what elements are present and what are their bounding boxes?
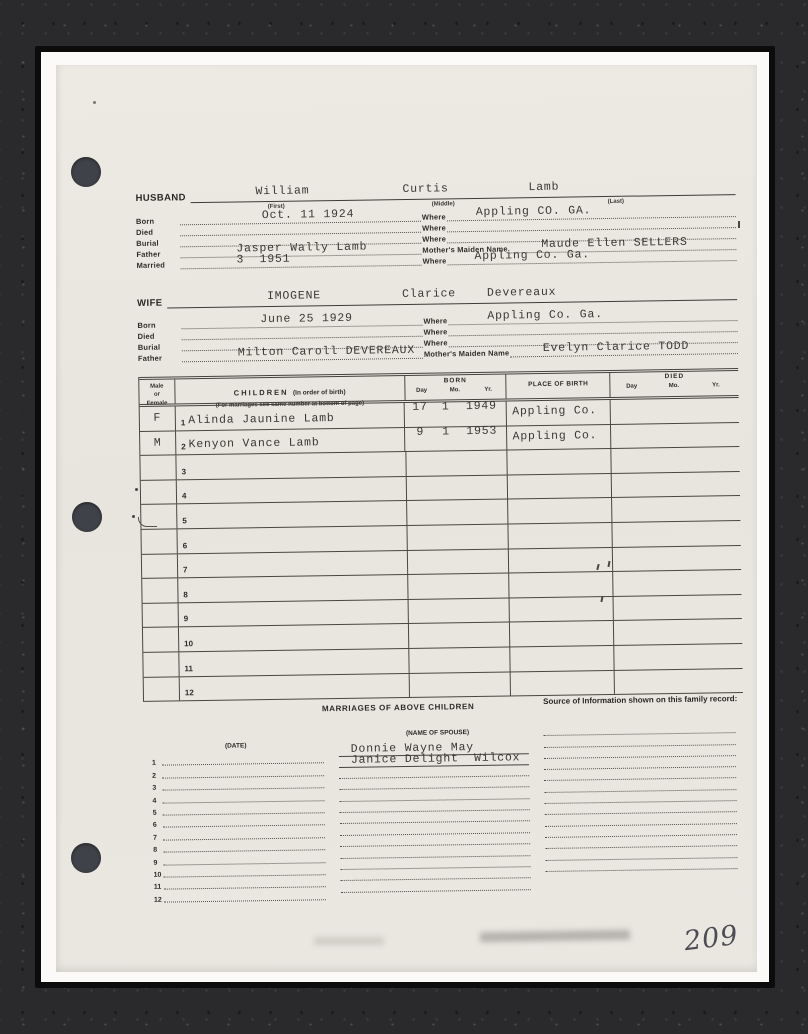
dotted-line [546, 868, 738, 872]
spouse-column-label: (NAME OF SPOUSE) [357, 728, 517, 737]
typed-value: Evelyn Clarice TODD [543, 340, 690, 355]
typed-value: Milton Caroll DEVEREAUX [238, 344, 415, 360]
typed-value: Oct. 11 1924 [262, 208, 355, 222]
marriages-title: MARRIAGES OF ABOVE CHILDREN [263, 701, 533, 714]
husband-section: William Curtis Lamb HUSBAND (First) (Mid… [135, 177, 736, 286]
scan-frame: William Curtis Lamb HUSBAND (First) (Mid… [35, 46, 775, 988]
desk-background: William Curtis Lamb HUSBAND (First) (Mid… [0, 0, 808, 1034]
sex-column-header: Male or Female [139, 379, 175, 404]
marriages-section: MARRIAGES OF ABOVE CHILDREN Source of In… [143, 692, 747, 986]
source-label: Source of Information shown on this fami… [543, 694, 739, 708]
scan-artifact [93, 101, 96, 104]
wife-label: WIFE [137, 298, 163, 309]
scan-artifact [132, 515, 135, 518]
dotted-line [164, 899, 326, 902]
place-column-header: PLACE OF BIRTH [507, 373, 611, 399]
spouse-name-column: Donnie Wayne May Janice Delight Wilcox [339, 743, 531, 894]
spouse-row [341, 880, 531, 894]
field-label: Married [136, 260, 180, 270]
marriage-date-column: 1 2 3 4 5 6 7 8 9 10 11 12 [152, 753, 326, 904]
typed-value: 3 1951 [236, 253, 290, 267]
source-lines-column [543, 724, 737, 874]
marriage-row: 12 [154, 890, 326, 905]
scan-margin: William Curtis Lamb HUSBAND (First) (Mid… [41, 52, 769, 982]
field-label: Father [138, 353, 182, 363]
wife-section: IMOGENE Clarice Devereaux WIFE Born Wher… [137, 282, 738, 379]
typed-value: Appling CO. GA. [476, 204, 592, 219]
typed-value: Appling Co. Ga. [487, 308, 603, 323]
scan-artifact [738, 221, 740, 228]
field-label: Where [422, 256, 446, 265]
husband-label: HUSBAND [135, 192, 185, 204]
handwritten-page-number: 209 [682, 920, 740, 957]
source-line [545, 860, 737, 874]
children-column-header: CHILDREN (In order of birth) (For marria… [175, 376, 405, 403]
last-sublabel: (Last) [608, 199, 624, 205]
scan-artifact [135, 488, 138, 491]
children-table: Male or Female CHILDREN (In order of bir… [138, 368, 743, 702]
paper-page: William Curtis Lamb HUSBAND (First) (Mid… [56, 65, 757, 972]
typed-value: June 25 1929 [260, 312, 353, 326]
born-column-header: BORN Day Mo. Yr. [405, 374, 507, 400]
date-column-label: (DATE) [206, 742, 266, 750]
died-column-header: DIED Day Mo. Yr. [610, 371, 738, 397]
scan-smudge [314, 937, 384, 945]
field-label: Mother's Maiden Name [424, 348, 510, 358]
dotted-line [341, 889, 531, 893]
typed-value: Appling Co. Ga. [474, 248, 590, 263]
dotted-line [180, 255, 421, 270]
middle-sublabel: (Middle) [432, 201, 455, 207]
